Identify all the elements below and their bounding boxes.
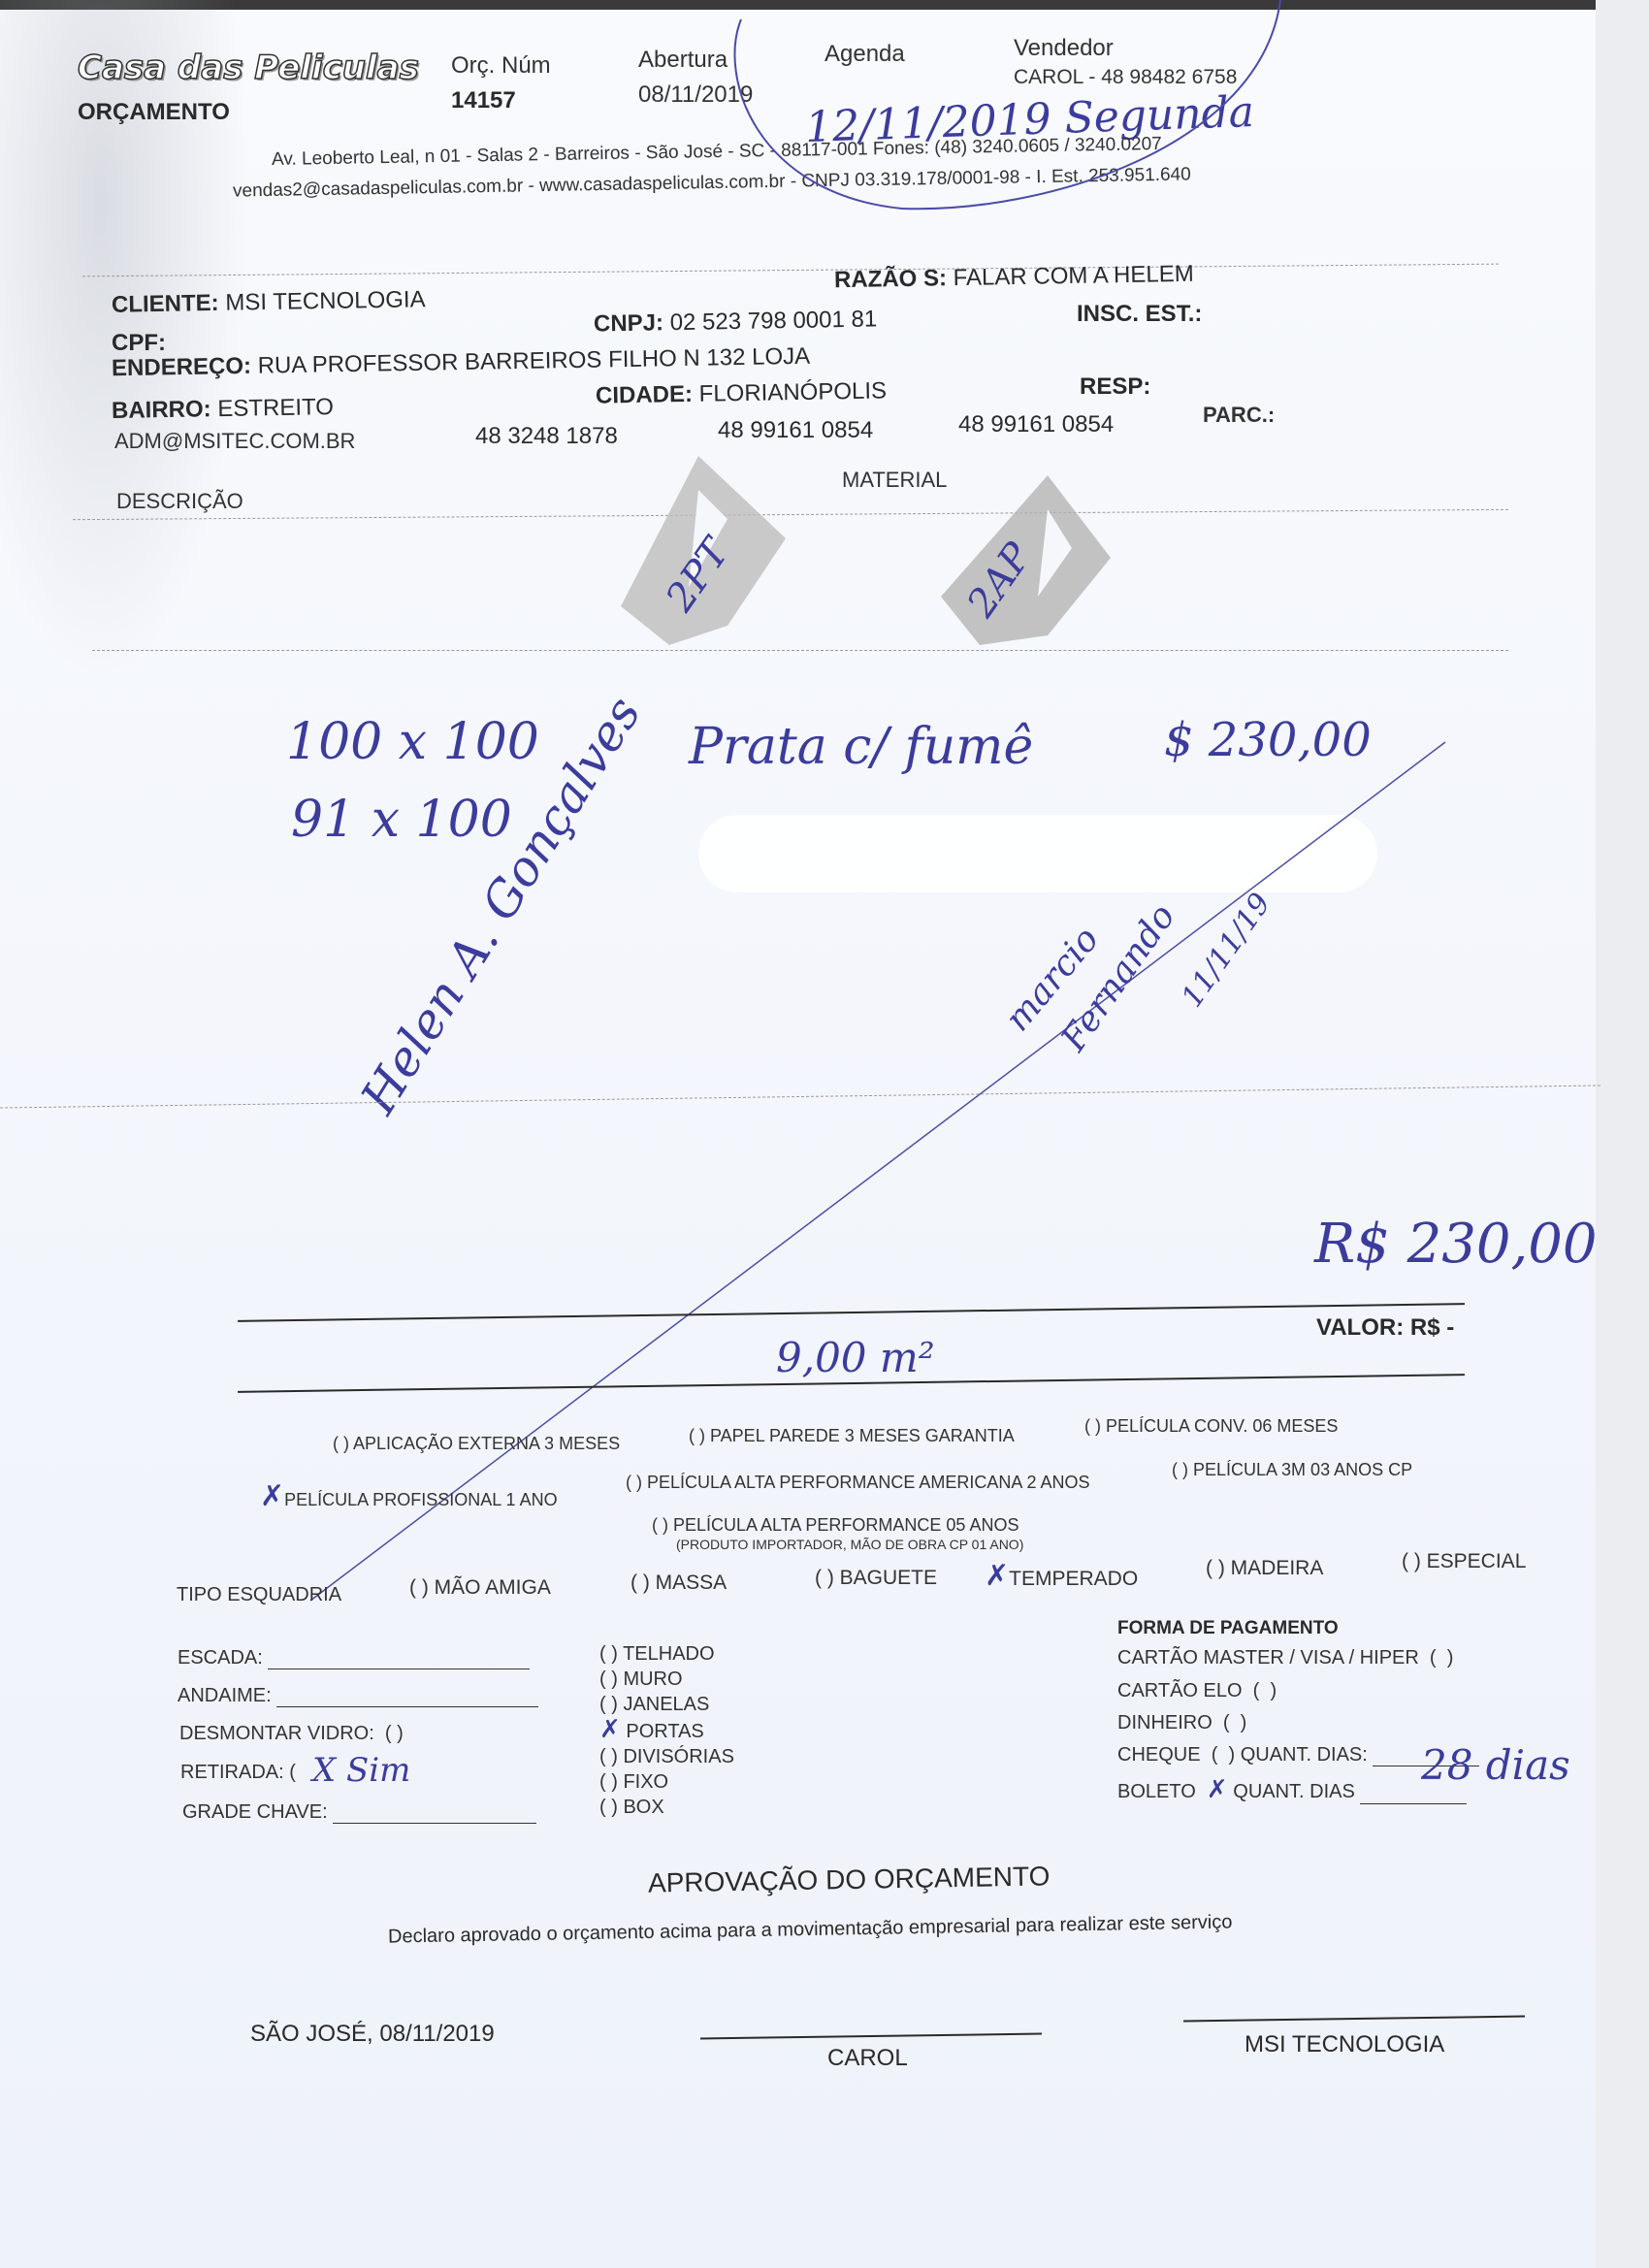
razao-value: FALAR COM A HELEM xyxy=(953,261,1194,291)
grade-chave-field[interactable]: GRADE CHAVE: xyxy=(182,1801,536,1824)
scanned-quote-page: Casa das Peliculas ORÇAMENTO Orç. Núm 14… xyxy=(0,0,1649,2268)
company-logo: Casa das Peliculas xyxy=(78,49,419,87)
descricao-label: DESCRIÇÃO xyxy=(116,489,243,514)
place-date: SÃO JOSÉ, 08/11/2019 xyxy=(250,2021,495,2048)
bairro-value: ESTREITO xyxy=(217,394,334,422)
check-mark-icon: ✗ xyxy=(985,1559,1009,1593)
bairro-field: BAIRRO: ESTREITO xyxy=(112,394,334,425)
divider xyxy=(92,650,1508,651)
boleto-days-handwritten: 28 dias xyxy=(1421,1741,1570,1789)
check-mark-icon: ✗ xyxy=(599,1715,621,1744)
esquadria-baguete[interactable]: ( ) BAGUETE xyxy=(815,1567,937,1590)
payment-boleto[interactable]: BOLETO ✗ QUANT. DIAS xyxy=(1117,1775,1467,1804)
check-mark-icon: ✗ xyxy=(1207,1775,1228,1804)
endereco-value: RUA PROFESSOR BARREIROS FILHO N 132 LOJA xyxy=(257,343,810,379)
orc-num-value: 14157 xyxy=(451,87,516,114)
location-telhado[interactable]: ( ) TELHADO xyxy=(599,1641,734,1667)
area-handwritten: 9,00 m² xyxy=(776,1334,935,1381)
cliente-label: CLIENTE: xyxy=(112,290,219,318)
payment-cartao-master[interactable]: CARTÃO MASTER / VISA / HIPER ( ) xyxy=(1117,1647,1453,1669)
location-fixo[interactable]: ( ) FIXO xyxy=(599,1769,734,1795)
scan-edge-right xyxy=(1596,0,1649,2268)
cliente-value: MSI TECNOLOGIA xyxy=(225,286,426,316)
cnpj-field: CNPJ: 02 523 798 0001 81 xyxy=(594,306,878,338)
escada-field[interactable]: ESCADA: xyxy=(178,1647,530,1669)
material-label: MATERIAL xyxy=(842,468,947,493)
esquadria-label: TIPO ESQUADRIA xyxy=(177,1584,341,1606)
location-box[interactable]: ( ) BOX xyxy=(599,1795,734,1820)
esquadria-temperado[interactable]: ✗TEMPERADO xyxy=(985,1559,1138,1593)
client-phone-2: 48 99161 0854 xyxy=(718,417,873,444)
approval-text: Declaro aprovado o orçamento acima para … xyxy=(388,1911,1233,1948)
approval-title: APROVAÇÃO DO ORÇAMENTO xyxy=(648,1861,1051,1898)
razao-label: RAZÃO S: xyxy=(834,265,947,293)
film-option-externa[interactable]: ( ) APLICAÇÃO EXTERNA 3 MESES xyxy=(333,1434,620,1454)
location-divisorias[interactable]: ( ) DIVISÓRIAS xyxy=(599,1744,734,1769)
payment-cartao-elo[interactable]: CARTÃO ELO ( ) xyxy=(1117,1680,1277,1702)
orc-num-label: Orç. Núm xyxy=(451,52,551,80)
payment-title: FORMA DE PAGAMENTO xyxy=(1117,1618,1339,1639)
abertura-label: Abertura xyxy=(638,47,727,74)
esquadria-massa[interactable]: ( ) MASSA xyxy=(630,1571,727,1595)
signature-label-carol: CAROL xyxy=(827,2045,908,2072)
parc-label: PARC.: xyxy=(1203,403,1275,428)
payment-dinheiro[interactable]: DINHEIRO ( ) xyxy=(1117,1712,1246,1734)
cliente-field: CLIENTE: MSI TECNOLOGIA xyxy=(112,286,426,319)
esquadria-especial[interactable]: ( ) ESPECIAL xyxy=(1402,1550,1526,1573)
esquadria-madeira[interactable]: ( ) MADEIRA xyxy=(1206,1557,1323,1580)
retirada-field[interactable]: RETIRADA: ( xyxy=(180,1762,296,1784)
agenda-circle-mark xyxy=(718,0,1300,223)
check-mark-icon: ✗ xyxy=(260,1479,284,1513)
location-list: ( ) TELHADO ( ) MURO ( ) JANELAS ✗ PORTA… xyxy=(599,1641,734,1820)
client-phone-3: 48 99161 0854 xyxy=(958,411,1114,438)
film-option-alta-performance-05[interactable]: ( ) PELÍCULA ALTA PERFORMANCE 05 ANOS xyxy=(652,1515,1018,1536)
cnpj-label: CNPJ: xyxy=(594,309,663,337)
film-option-3m[interactable]: ( ) PELÍCULA 3M 03 ANOS CP xyxy=(1172,1460,1412,1480)
location-muro[interactable]: ( ) MURO xyxy=(599,1667,734,1692)
film-option-americana[interactable]: ( ) PELÍCULA ALTA PERFORMANCE AMERICANA … xyxy=(626,1473,1089,1493)
signature-line-1 xyxy=(700,2033,1042,2040)
film-option-conv[interactable]: ( ) PELÍCULA CONV. 06 MESES xyxy=(1084,1416,1338,1437)
divider xyxy=(82,264,1499,277)
cpf-label: CPF: xyxy=(112,330,166,357)
razao-field: RAZÃO S: FALAR COM A HELEM xyxy=(834,261,1194,294)
cidade-value: FLORIANÓPOLIS xyxy=(698,377,887,406)
location-janelas[interactable]: ( ) JANELAS xyxy=(599,1692,734,1717)
retirada-handwritten: X Sim xyxy=(312,1751,410,1790)
esquadria-mao-amiga[interactable]: ( ) MÃO AMIGA xyxy=(409,1576,551,1600)
cidade-field: CIDADE: FLORIANÓPOLIS xyxy=(596,377,888,409)
valor-label: VALOR: R$ - xyxy=(1316,1314,1454,1342)
signature-line-2 xyxy=(1183,2016,1525,2023)
signature-label-client: MSI TECNOLOGIA xyxy=(1245,2031,1444,2058)
bairro-label: BAIRRO: xyxy=(112,396,211,424)
andaime-field[interactable]: ANDAIME: xyxy=(178,1685,538,1707)
cnpj-value: 02 523 798 0001 81 xyxy=(669,306,877,336)
endereco-label: ENDEREÇO: xyxy=(112,353,251,382)
film-option-papel-parede[interactable]: ( ) PAPEL PAREDE 3 MESES GARANTIA xyxy=(689,1426,1015,1446)
location-portas[interactable]: ✗ PORTAS xyxy=(599,1717,734,1744)
resp-label: RESP: xyxy=(1080,373,1150,401)
total-handwritten: R$ 230,00 xyxy=(1314,1213,1598,1276)
cidade-label: CIDADE: xyxy=(596,381,693,409)
doc-type: ORÇAMENTO xyxy=(78,99,230,126)
client-email: ADM@MSITEC.COM.BR xyxy=(114,429,355,454)
film-option-profissional[interactable]: ✗PELÍCULA PROFISSIONAL 1 ANO xyxy=(260,1479,558,1513)
client-phone-1: 48 3248 1878 xyxy=(475,423,618,450)
film-note: (PRODUTO IMPORTADOR, MÃO DE OBRA CP 01 A… xyxy=(676,1537,1023,1552)
desmontar-vidro-field[interactable]: DESMONTAR VIDRO: ( ) xyxy=(179,1723,404,1745)
insc-est-label: INSC. EST.: xyxy=(1077,301,1202,328)
